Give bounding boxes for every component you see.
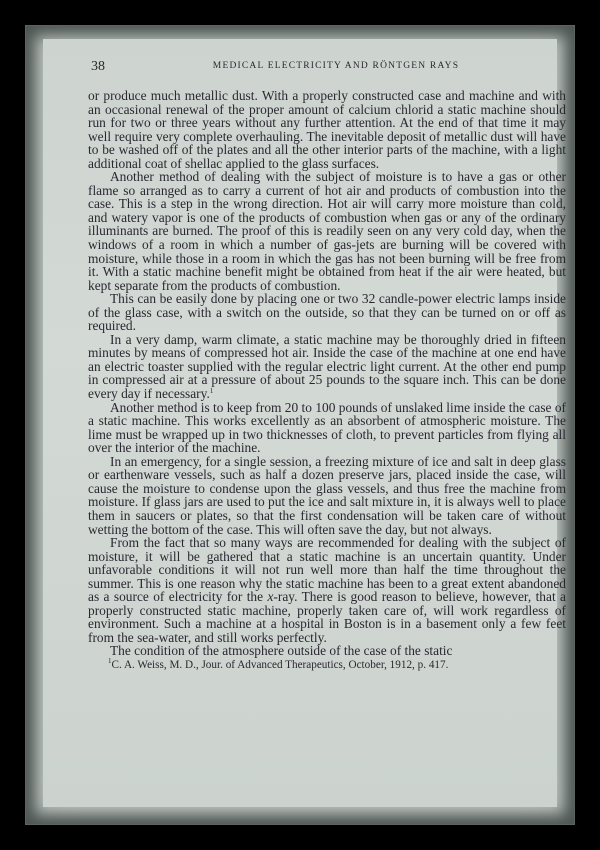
paragraph: In an emergency, for a single session, a… [88, 455, 566, 536]
footnote-text: C. A. Weiss, M. D., Jour. of Advanced Th… [112, 659, 449, 671]
paragraph: Another method of dealing with the subje… [88, 170, 566, 292]
book-page: 38 MEDICAL ELECTRICITY AND RÖNTGEN RAYS … [43, 39, 557, 807]
photo-frame: 38 MEDICAL ELECTRICITY AND RÖNTGEN RAYS … [25, 25, 575, 825]
body-text: or produce much metallic dust. With a pr… [88, 89, 566, 658]
paragraph: The condition of the atmosphere outside … [88, 644, 566, 658]
paragraph: In a very damp, warm climate, a static m… [88, 333, 566, 401]
footnote: 1C. A. Weiss, M. D., Jour. of Advanced T… [88, 659, 566, 672]
paragraph: Another method is to keep from 20 to 100… [88, 401, 566, 455]
paragraph: This can be easily done by placing one o… [88, 292, 566, 333]
page-content: 38 MEDICAL ELECTRICITY AND RÖNTGEN RAYS … [88, 55, 566, 672]
running-head: 38 MEDICAL ELECTRICITY AND RÖNTGEN RAYS [88, 55, 566, 77]
paragraph: From the fact that so many ways are reco… [88, 536, 566, 644]
footnote-reference: 1 [210, 387, 214, 395]
running-head-title: MEDICAL ELECTRICITY AND RÖNTGEN RAYS [88, 61, 566, 71]
paragraph: or produce much metallic dust. With a pr… [88, 89, 566, 170]
